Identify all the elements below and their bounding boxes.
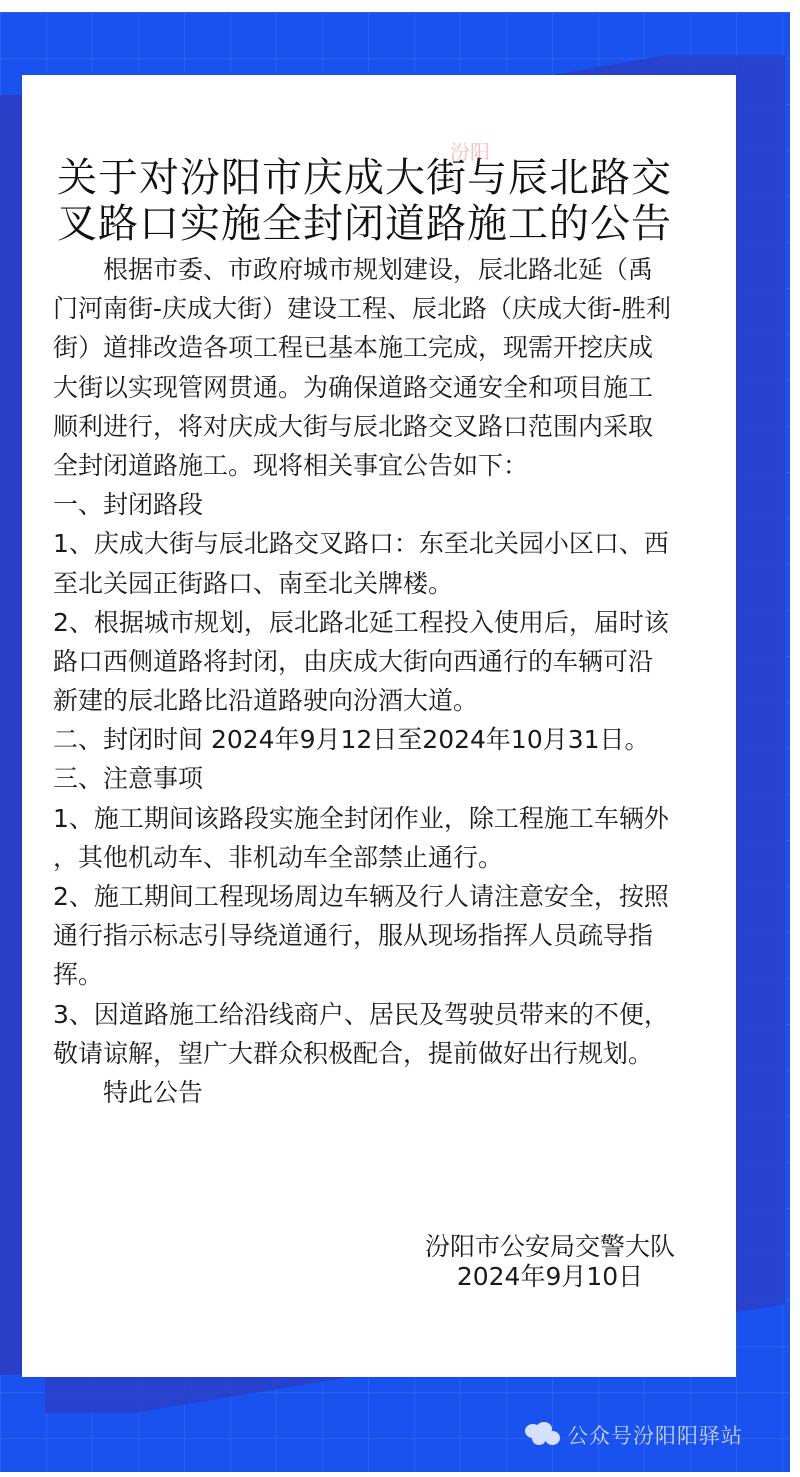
body-line: 3、因道路施工给沿线商户、居民及驾驶员带来的不便，: [53, 995, 733, 1034]
section-heading-closure-time: 二、封闭时间 2024年9月12日至2024年10月31日。: [53, 720, 733, 759]
body-line: 1、庆成大街与辰北路交叉路口：东至北关园小区口、西: [53, 524, 733, 563]
title-line-2: 叉路口实施全封闭道路施工的公告: [57, 201, 737, 247]
signature-date: 2024年9月10日: [400, 1262, 700, 1292]
body-line: 2、施工期间工程现场周边车辆及行人请注意安全，按照: [53, 877, 733, 916]
body-line: 2、根据城市规划，辰北路北延工程投入使用后，届时该: [53, 603, 733, 642]
body-line: 敬请谅解，望广大群众积极配合，提前做好出行规划。: [53, 1034, 733, 1073]
closing-line: 特此公告: [53, 1073, 733, 1112]
body-line: 街）道排改造各项工程已基本施工完成，现需开挖庆成: [53, 328, 733, 367]
signature-org: 汾阳市公安局交警大队: [400, 1232, 700, 1262]
body-line: 全封闭道路施工。现将相关事宜公告如下：: [53, 446, 733, 485]
body-line: 大街以实现管网贯通。为确保道路交通安全和项目施工: [53, 368, 733, 407]
notice-title: 关于对汾阳市庆成大街与辰北路交 叉路口实施全封闭道路施工的公告: [57, 155, 737, 247]
wechat-icon: [525, 1422, 563, 1448]
body-line: 顺利进行，将对庆成大街与辰北路交叉路口范围内采取: [53, 407, 733, 446]
body-line: 根据市委、市政府城市规划建设，辰北路北延（禹: [53, 250, 733, 289]
body-line: 新建的辰北路比沿道路驶向汾酒大道。: [53, 681, 733, 720]
section-heading-notes: 三、注意事项: [53, 759, 733, 798]
body-line: 1、施工期间该路段实施全封闭作业，除工程施工车辆外: [53, 799, 733, 838]
wechat-watermark: 公众号汾阳阳驿站: [525, 1420, 743, 1450]
title-line-1: 关于对汾阳市庆成大街与辰北路交: [57, 155, 737, 201]
wechat-account-name: 公众号汾阳阳驿站: [567, 1420, 743, 1450]
notice-body: 根据市委、市政府城市规划建设，辰北路北延（禹 门河南街-庆成大街）建设工程、辰北…: [53, 250, 733, 1112]
body-line: 至北关园正街路口、南至北关牌楼。: [53, 564, 733, 603]
body-line: 挥。: [53, 955, 733, 994]
body-line: 通行指示标志引导绕道通行，服从现场指挥人员疏导指: [53, 916, 733, 955]
frame-accent-left: [0, 95, 22, 1375]
frame-right-margin: [790, 12, 800, 1472]
section-heading-closed-section: 一、封闭路段: [53, 485, 733, 524]
body-line: 路口西侧道路将封闭，由庆成大街向西通行的车辆可沿: [53, 642, 733, 681]
body-line: 门河南街-庆成大街）建设工程、辰北路（庆成大街-胜利: [53, 289, 733, 328]
body-line: ，其他机动车、非机动车全部禁止通行。: [53, 838, 733, 877]
title-watermark: 汾阳: [450, 136, 490, 165]
signature-block: 汾阳市公安局交警大队 2024年9月10日: [400, 1232, 700, 1292]
